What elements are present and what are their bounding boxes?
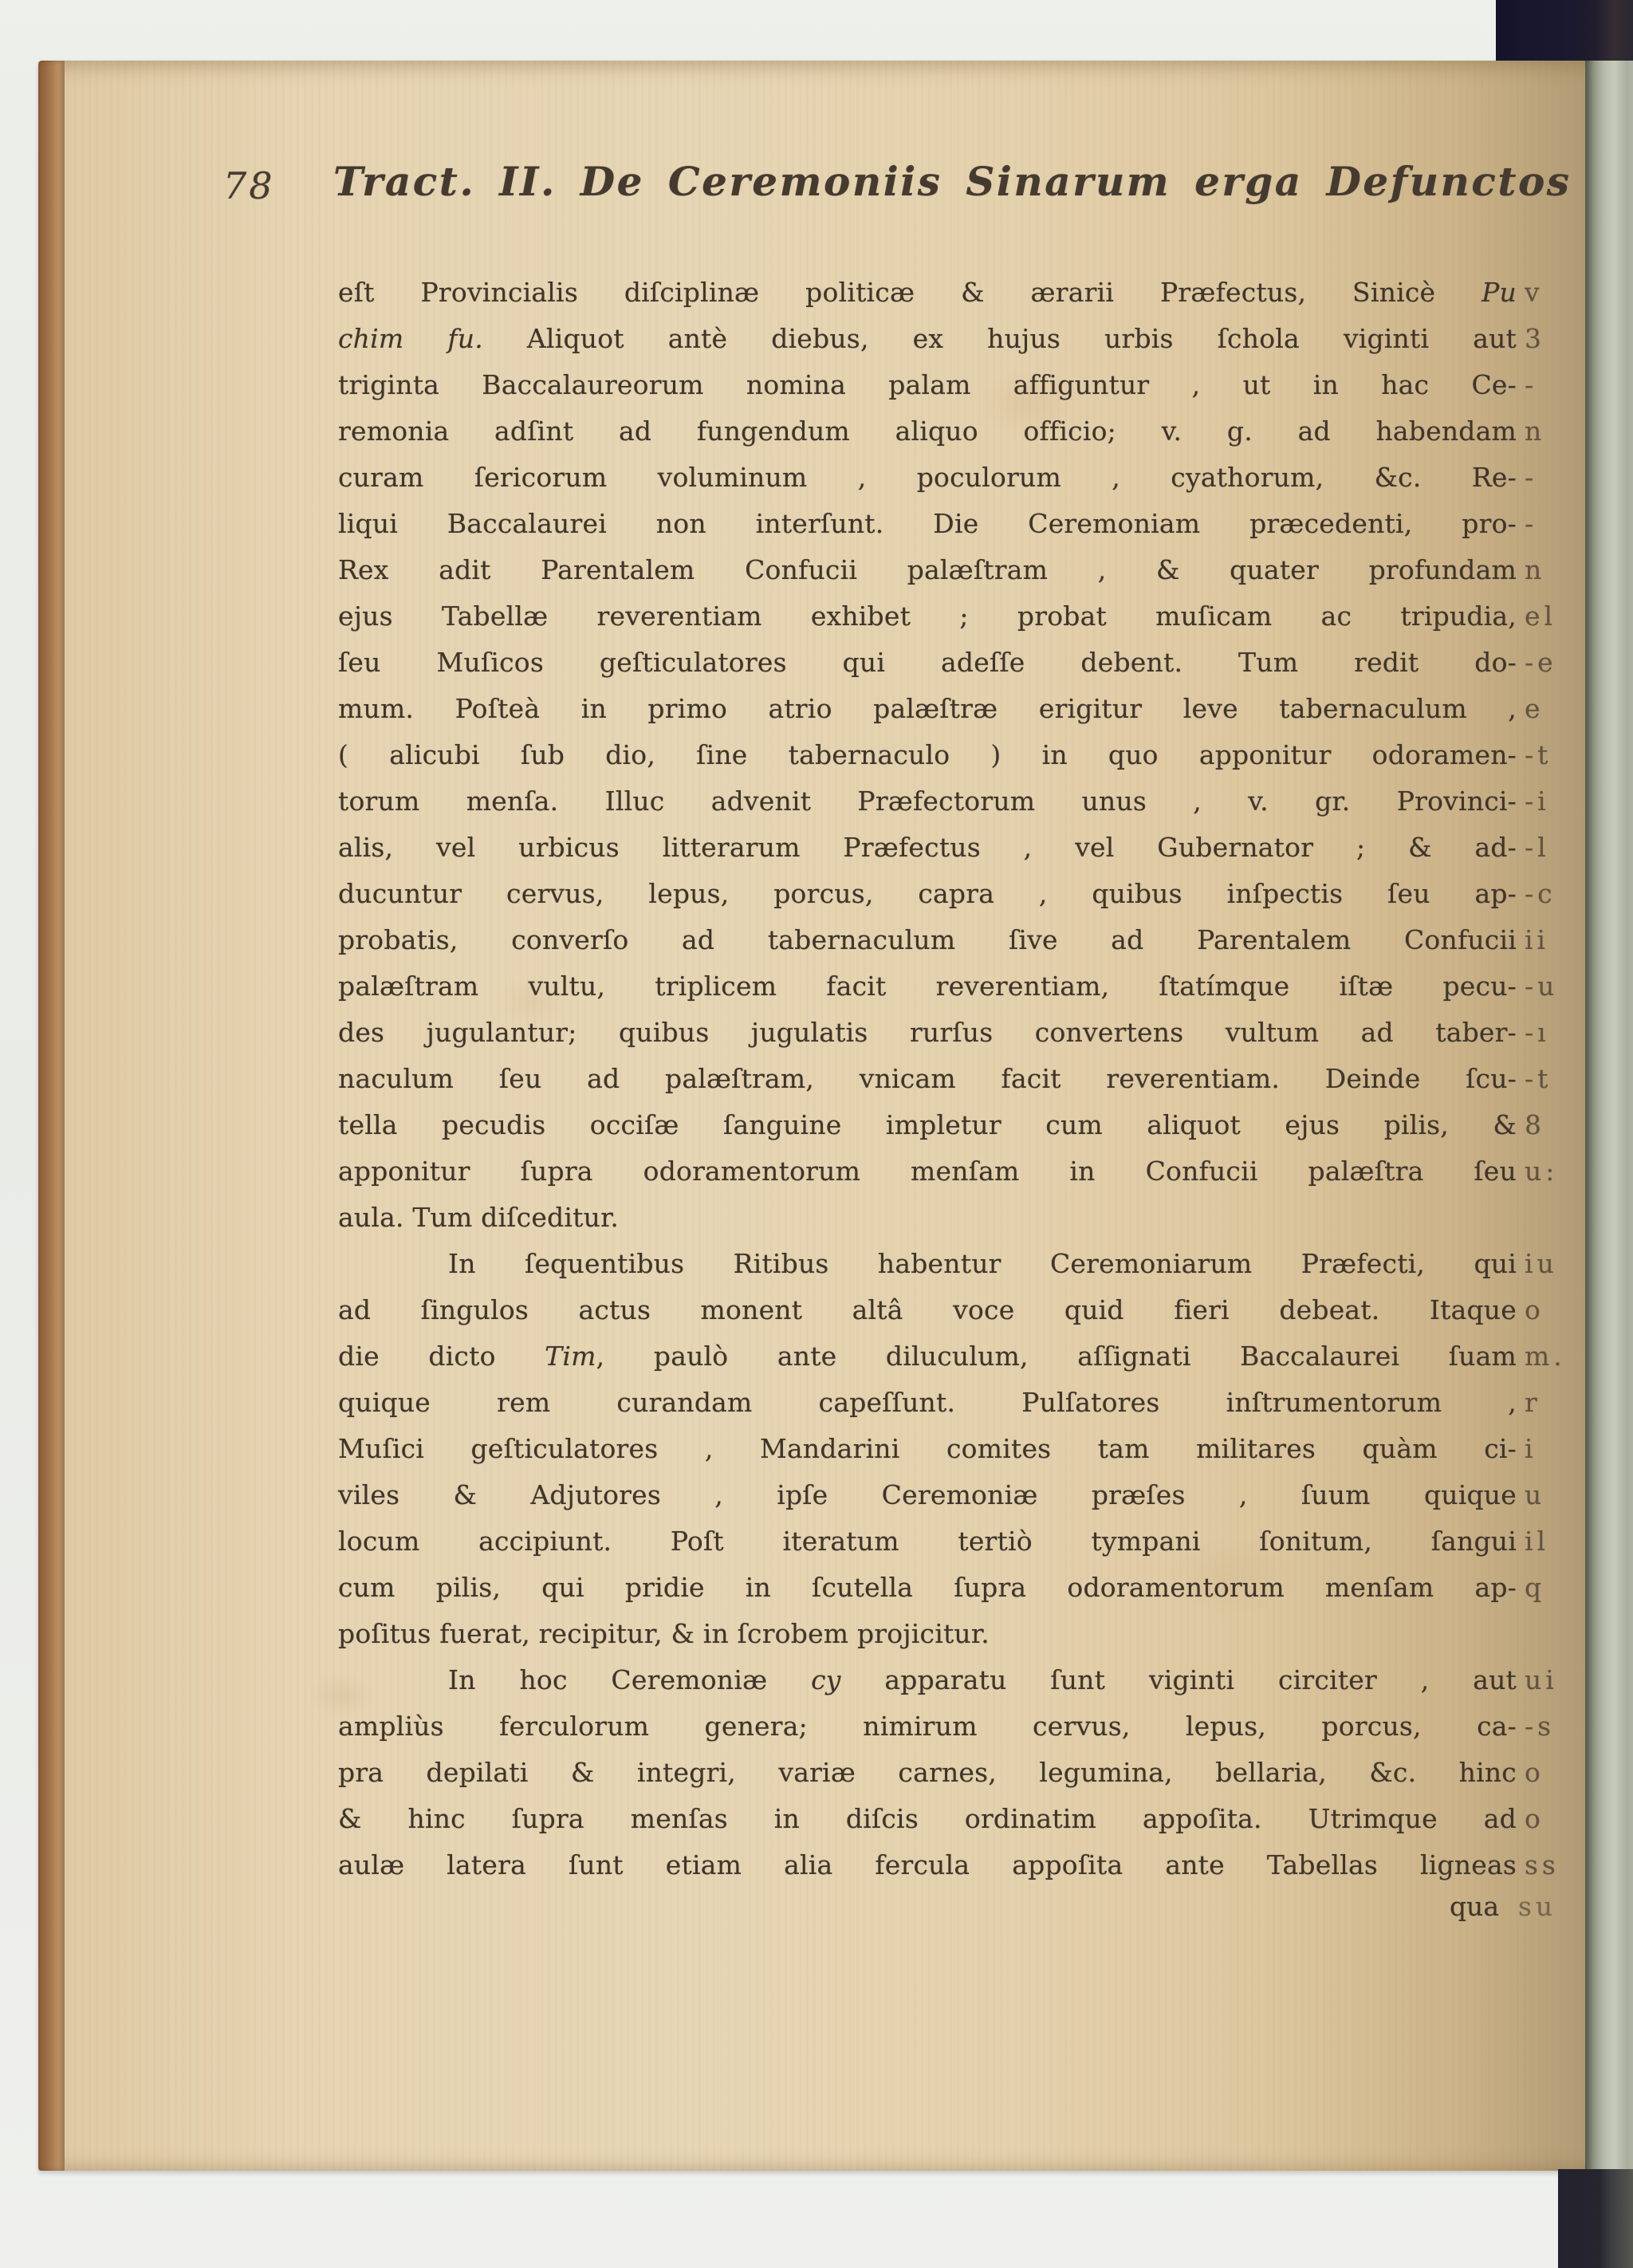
text-line: probatis, converſo ad tabernaculum ſive … [338,917,1517,963]
text-line: ( alicubi ſub dio, ſine tabernaculo ) in… [338,732,1517,778]
margin-fragment: 8 [1525,1102,1564,1148]
margin-fragment: -c [1525,871,1564,917]
text-line: ſeu Muſicos geſticulatores qui adeſſe de… [338,640,1517,686]
text-line: liqui Baccalaurei non interſunt. Die Cer… [338,501,1517,547]
page-left-edge [38,61,65,2171]
margin-fragment: v [1525,270,1564,316]
margin-fragment: -s [1525,1703,1564,1750]
margin-fragment: -e [1525,640,1564,686]
margin-fragment: - [1525,455,1564,501]
margin-fragment: ii [1525,917,1564,963]
margin-fragment: 3 [1525,316,1564,362]
text-line: chim fu. Aliquot antè diebus, ex hujus u… [338,316,1517,362]
margin-fragment: m. [1525,1333,1564,1380]
text-line: poſitus fuerat, recipitur, & in ſcrobem … [338,1611,1517,1657]
margin-fragment: ss [1525,1842,1564,1888]
margin-fragment: u [1525,1472,1564,1518]
margin-fragment: i [1525,1426,1564,1472]
text-line: tella pecudis occiſæ ſanguine impletur c… [338,1102,1517,1148]
margin-fragment: -t [1525,1056,1564,1102]
text-line: viles & Adjutores , ipſe Ceremoniæ præſe… [338,1472,1517,1518]
margin-fragment: el [1525,593,1564,640]
text-line: curam ſericorum voluminum , poculorum , … [338,455,1517,501]
margin-fragment: o [1525,1287,1564,1333]
text-line: alis, vel urbicus litterarum Præfectus ,… [338,825,1517,871]
text-line: triginta Baccalaureorum nomina palam aff… [338,362,1517,408]
body-lines: eſt Provincialis diſciplinæ politicæ & æ… [338,270,1517,1888]
text-line: ducuntur cervus, lepus, porcus, capra , … [338,871,1517,917]
text-line: naculum ſeu ad palæſtram, vnicam facit r… [338,1056,1517,1102]
scan-corner-bottom-right [1558,2169,1633,2268]
margin-fragment: q [1525,1565,1564,1611]
running-header: Tract. II. De Ceremoniis Sinarum erga De… [333,158,1609,205]
text-line: Muſici geſticulatores , Mandarini comite… [338,1426,1517,1472]
margin-fragment: -t [1525,732,1564,778]
margin-fragment: -u [1525,963,1564,1010]
margin-fragment: e [1525,686,1564,732]
text-line: palæſtram vultu, triplicem facit reveren… [338,963,1517,1010]
adjacent-page-edge [1585,46,1633,2268]
margin-fragment: iu [1525,1241,1564,1287]
margin-fragment: n [1525,547,1564,593]
text-line: die dicto Tim, paulò ante diluculum, aſſ… [338,1333,1517,1380]
scan-corner-top-right [1496,0,1633,61]
margin-fragment: u: [1525,1148,1564,1195]
text-line: ad ſingulos actus monent altâ voce quid … [338,1287,1517,1333]
margin-fragment: o [1525,1796,1564,1842]
text-line: eſt Provincialis diſciplinæ politicæ & æ… [338,270,1517,316]
text-line: apponitur ſupra odoramentorum menſam in … [338,1148,1517,1195]
text-line: In hoc Ceremoniæ cy apparatu ſunt vigint… [338,1657,1517,1703]
text-line: ampliùs ferculorum genera; nimirum cervu… [338,1703,1517,1750]
margin-fragment: n [1525,408,1564,455]
margin-fragment: su [1518,1884,1558,1930]
margin-fragment: r [1525,1380,1564,1426]
text-line: & hinc ſupra menſas in diſcis ordinatim … [338,1796,1517,1842]
text-line: In ſequentibus Ritibus habentur Ceremoni… [338,1241,1517,1287]
margin-fragment: - [1525,501,1564,547]
margin-fragment: o [1525,1750,1564,1796]
margin-fragment: -i [1525,778,1564,825]
catchword-row: quasu [338,1884,1517,1930]
text-line: aula. Tum diſceditur. [338,1195,1517,1241]
text-line: mum. Poſteà in primo atrio palæſtræ erig… [338,686,1517,732]
text-line: remonia adſint ad fungendum aliquo offic… [338,408,1517,455]
margin-fragment: il [1525,1518,1564,1565]
catchword: qua [1450,1891,1499,1922]
text-line: torum menſa. Illuc advenit Præfectorum u… [338,778,1517,825]
scanned-book-page: 78 Tract. II. De Ceremoniis Sinarum erga… [0,0,1633,2268]
page-number: 78 [223,164,275,207]
text-line: ejus Tabellæ reverentiam exhibet ; proba… [338,593,1517,640]
margin-fragment: -ı [1525,1010,1564,1056]
text-line: Rex adit Parentalem Confucii palæſtram ,… [338,547,1517,593]
margin-fragment: -l [1525,825,1564,871]
text-line: pra depilati & integri, variæ carnes, le… [338,1750,1517,1796]
text-line: des jugulantur; quibus jugulatis rurſus … [338,1010,1517,1056]
text-line: locum accipiunt. Poſt iteratum tertiò ty… [338,1518,1517,1565]
text-line: cum pilis, qui pridie in ſcutella ſupra … [338,1565,1517,1611]
margin-fragment: - [1525,362,1564,408]
text-line: aulæ latera ſunt etiam alia fercula appo… [338,1842,1517,1888]
text-line: quique rem curandam capeſſunt. Pulſatore… [338,1380,1517,1426]
margin-fragment: ui [1525,1657,1564,1703]
